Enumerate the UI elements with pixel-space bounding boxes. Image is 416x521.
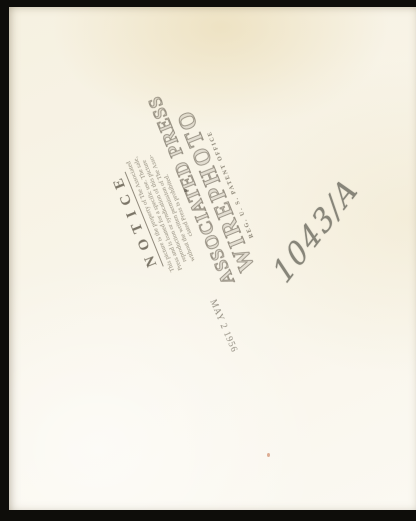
paper-blemish: [267, 453, 270, 457]
ap-wirephoto-notice-stamp: NOTICE This picture is the property of T…: [93, 97, 268, 310]
dust-speck: [184, 189, 187, 192]
handwritten-archive-number: 1043/A: [267, 170, 366, 290]
photo-paper-back: NOTICE This picture is the property of T…: [9, 7, 416, 510]
date-stamp: MAY 2 1956: [204, 287, 244, 365]
